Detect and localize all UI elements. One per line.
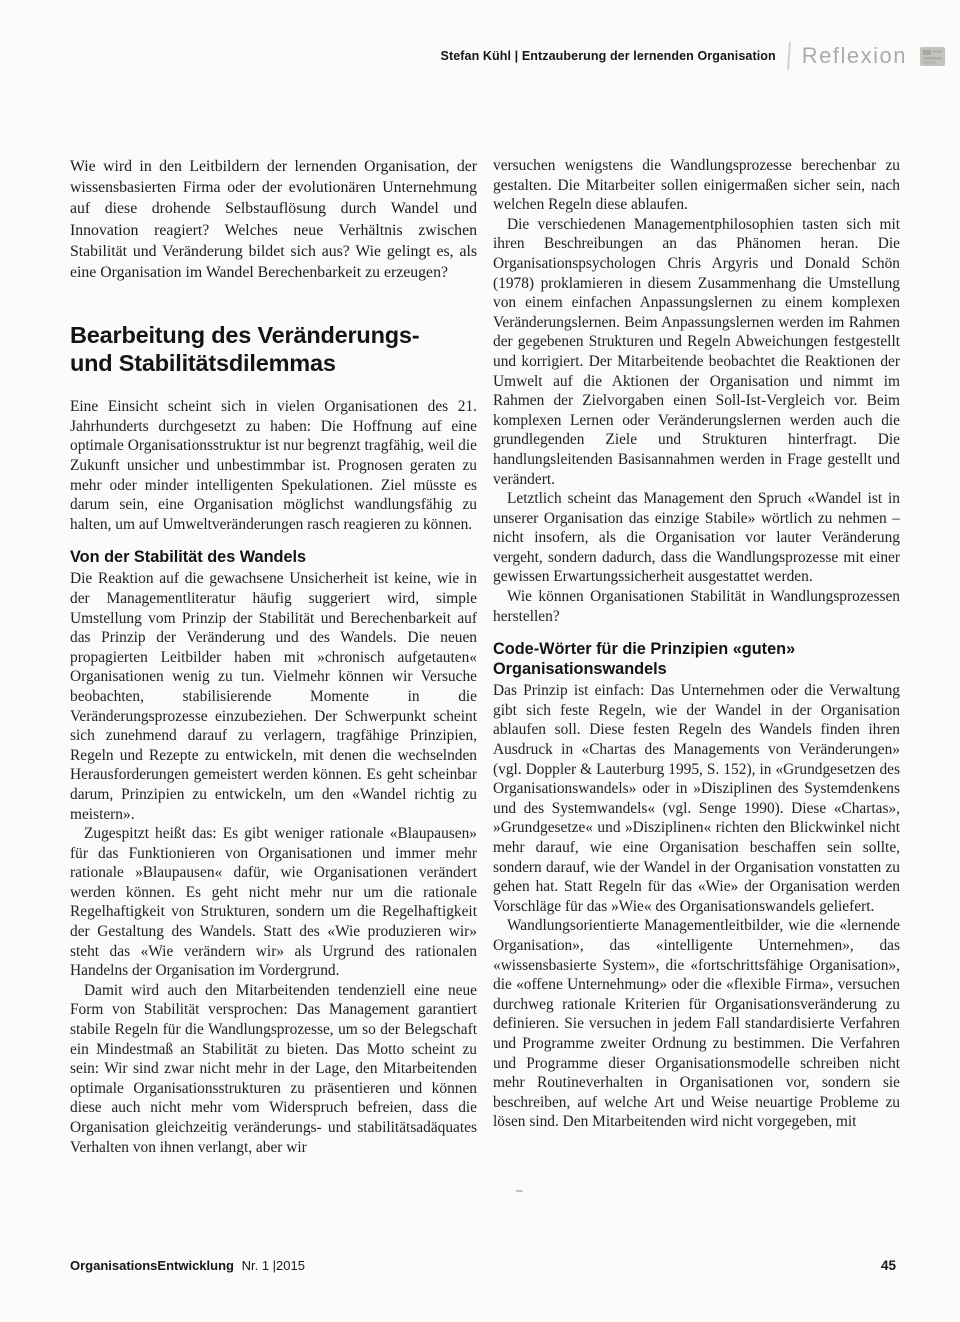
article-body: Wie wird in den Leitbildern der lernende… xyxy=(70,156,900,1157)
subheading-code-woerter-line-1: Code-Wörter für die Prinzipien «guten» xyxy=(493,639,900,659)
page-number: 45 xyxy=(881,1258,896,1273)
paragraph: versuchen wenigstens die Wandlungsprozes… xyxy=(493,156,900,215)
section-heading-line-2: und Stabilitätsdilemmas xyxy=(70,349,477,377)
running-head: Stefan Kühl | Entzauberung der lernenden… xyxy=(441,49,776,63)
article-lead: Wie wird in den Leitbildern der lernende… xyxy=(70,156,477,283)
paragraph: Eine Einsicht scheint sich in vielen Org… xyxy=(70,397,477,534)
paragraph: Das Prinzip ist einfach: Das Unternehmen… xyxy=(493,681,900,916)
left-column: Wie wird in den Leitbildern der lernende… xyxy=(70,156,477,1157)
ink-speck xyxy=(516,1190,523,1192)
subheading-code-woerter: Code-Wörter für die Prinzipien «guten» O… xyxy=(493,639,900,679)
section-heading-line-1: Bearbeitung des Veränderungs- xyxy=(70,321,477,349)
paragraph: Damit wird auch den Mitarbeitenden tende… xyxy=(70,981,477,1157)
journal-name: OrganisationsEntwicklung xyxy=(70,1258,234,1273)
paragraph: Zugespitzt heißt das: Es gibt weniger ra… xyxy=(70,824,477,981)
subheading-stabilitaet-des-wandels: Von der Stabilität des Wandels xyxy=(70,547,477,567)
paragraph: Die Reaktion auf die gewachsene Unsicher… xyxy=(70,569,477,824)
paragraph: Wandlungsorientierte Managementleitbilde… xyxy=(493,916,900,1132)
journal-issue: Nr. 1 |2015 xyxy=(242,1258,305,1273)
header-divider xyxy=(787,42,791,70)
paragraph: Letztlich scheint das Management den Spr… xyxy=(493,489,900,587)
paragraph: Wie können Organisationen Stabilität in … xyxy=(493,587,900,626)
journal-page: Stefan Kühl | Entzauberung der lernenden… xyxy=(0,0,960,1322)
page-footer: OrganisationsEntwicklung Nr. 1 |2015 45 xyxy=(70,1258,896,1273)
subheading-code-woerter-line-2: Organisationswandels xyxy=(493,659,900,679)
right-column: versuchen wenigstens die Wandlungsprozes… xyxy=(493,156,900,1157)
journal-logo-icon xyxy=(919,46,946,67)
paragraph: Die verschiedenen Managementphilosophien… xyxy=(493,215,900,489)
section-label: Reflexion xyxy=(802,43,907,69)
footer-journal-info: OrganisationsEntwicklung Nr. 1 |2015 xyxy=(70,1258,305,1273)
section-heading: Bearbeitung des Veränderungs- und Stabil… xyxy=(70,321,477,377)
page-header: Stefan Kühl | Entzauberung der lernenden… xyxy=(441,42,946,70)
